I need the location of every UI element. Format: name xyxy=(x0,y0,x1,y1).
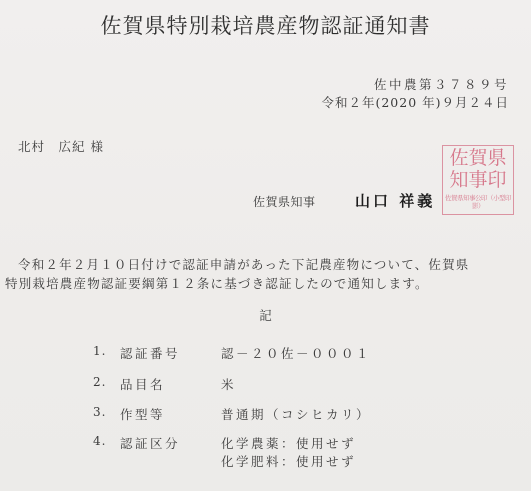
body-line-1: 令和２年２月１０日付けで認証申請があった下記農産物について、佐賀県 xyxy=(5,255,530,274)
item-value-chemical-pesticide: 化学農薬：使用せず xyxy=(221,434,356,452)
ki-heading: 記 xyxy=(0,306,531,324)
body-line-2: 特別栽培農産物認証要綱第１２条に基づき認証したので通知します。 xyxy=(5,274,530,293)
document-page: 佐賀県特別栽培農産物認証通知書 佐中農第３７８９号 令和２年(2020 年)９月… xyxy=(0,0,531,491)
item-number: 2. xyxy=(93,375,106,389)
item-label-product-name: 品目名 xyxy=(120,375,165,393)
item-label-certification-category: 認証区分 xyxy=(120,434,180,452)
seal-text-line1: 佐賀県 xyxy=(443,148,513,168)
item-value-chemical-fertilizer: 化学肥料：使用せず xyxy=(221,452,356,470)
sender-name: 山口 祥義 xyxy=(355,190,435,211)
item-number: 1. xyxy=(93,344,106,358)
document-title: 佐賀県特別栽培農産物認証通知書 xyxy=(0,10,531,40)
sender-title: 佐賀県知事 xyxy=(253,193,316,210)
document-number: 佐中農第３７８９号 xyxy=(374,75,509,93)
item-number: 4. xyxy=(93,434,106,448)
seal-text-small: 佐賀県知事公印（小型印影） xyxy=(443,194,513,210)
item-value-product-name: 米 xyxy=(221,375,236,393)
body-paragraph: 令和２年２月１０日付けで認証申請があった下記農産物について、佐賀県 特別栽培農産… xyxy=(5,255,530,293)
official-seal-stamp: 佐賀県 知事印 佐賀県知事公印（小型印影） xyxy=(442,145,514,215)
item-number: 3. xyxy=(93,405,106,419)
item-label-certification-number: 認証番号 xyxy=(120,344,180,362)
document-date: 令和２年(2020 年)９月２４日 xyxy=(321,93,509,111)
item-value-certification-number: 認－２０佐－０００１ xyxy=(221,344,371,362)
item-value-cropping-type: 普通期（コシヒカリ） xyxy=(221,405,371,423)
item-label-cropping-type: 作型等 xyxy=(120,405,165,423)
seal-text-line2: 知事印 xyxy=(443,170,513,190)
recipient-name: 北村 広紀 様 xyxy=(18,137,104,155)
